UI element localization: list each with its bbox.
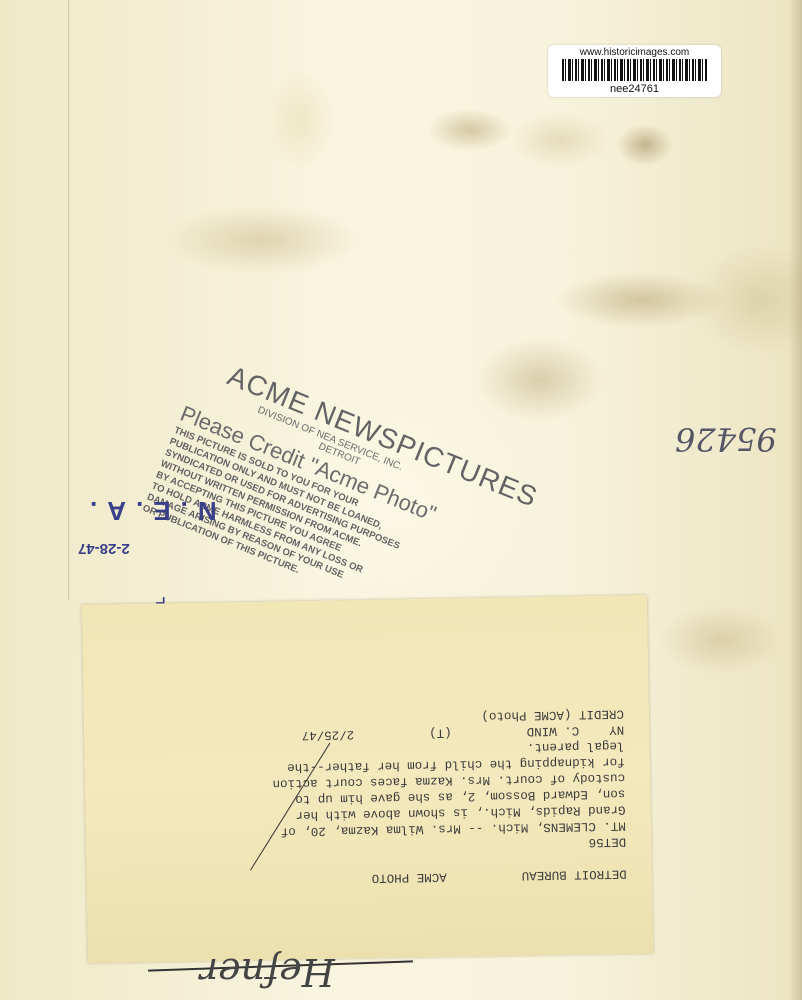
fold-line [68, 0, 69, 600]
date-stamp: 2-28-47 [78, 540, 130, 557]
label-url: www.historicimages.com [548, 47, 721, 58]
signature: Hefner [200, 950, 335, 994]
label-id: nee24761 [548, 83, 721, 95]
barcode-label: www.historicimages.com nee24761 [548, 45, 721, 97]
pencil-number: 95426 [675, 420, 777, 458]
caption-text: DETROIT BUREAU ACME PHOTO DET56 MT. CLEM… [124, 706, 627, 891]
caption-slip: DETROIT BUREAU ACME PHOTO DET56 MT. CLEM… [82, 595, 653, 963]
agency-stamp: N.E.A. [80, 495, 217, 526]
barcode-icon [562, 59, 708, 81]
paper-edge [788, 0, 802, 1000]
